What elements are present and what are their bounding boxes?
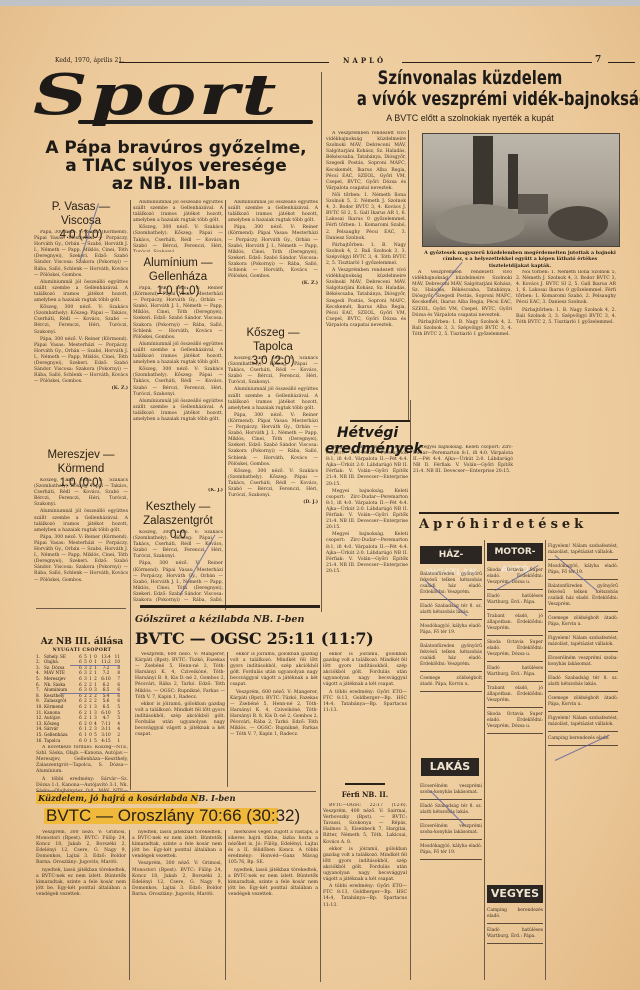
column-divider — [408, 130, 409, 420]
mens-nb2-report: BVTC—OGSC 22:17 (12:6). Veszprém, 400 né… — [323, 803, 407, 983]
article-text: Kőszeg, 300 néző. V: Szakács (Szombathel… — [133, 225, 223, 252]
weekend-results-cont: Megyei bajnokság. Keleti csoport: Zirc-D… — [413, 445, 513, 505]
cell-goals: 4:15 — [98, 738, 114, 744]
category-flat: LAKÁS — [421, 758, 479, 776]
classified-ad: Balatonfüreden gyönyörű fekvésű telken k… — [548, 582, 618, 612]
classified-ad: Eladó Szabadság tér 8. sz. alatti kétszo… — [548, 674, 618, 692]
koszeg-report: Kőszeg, 300 néző. V: Szakács (Szombathel… — [228, 356, 318, 596]
mens-nb2-heading: Férfi NB. II. — [323, 790, 407, 799]
basketball-kicker: Küzdelem, jó hajrá a kosárlabda NB. I-be… — [38, 793, 235, 803]
category-motor: MOTOR-AUTÓ — [487, 543, 543, 561]
fencing-body: A Veszprémben rendezett vívó vidékbajnok… — [326, 131, 406, 401]
classified-ad: Csemege zöldségbolt átadó. Pápa, Korvin … — [548, 614, 618, 632]
author-signature: (K. J.) — [133, 488, 223, 496]
scan-edge — [0, 0, 640, 6]
section-rule — [140, 605, 320, 608]
column-divider — [321, 72, 322, 612]
article-text: A Veszprémben rendezett vívó vidékbajnok… — [326, 268, 406, 329]
article-text: Megyei bajnokság. Keleti csoport: Zirc-D… — [326, 532, 408, 575]
headline-line: a TIAC súlyos veresége — [36, 157, 316, 175]
newspaper-name: NAPLÓ — [343, 56, 386, 65]
article-text: Párbajtőrben: 1. B. Nagy Szolnok 4, 2. B… — [516, 308, 616, 326]
pencil-mark — [70, 665, 120, 666]
column-divider — [129, 830, 130, 980]
column-divider — [225, 830, 226, 980]
column-divider — [320, 652, 321, 982]
page-number: 7 — [595, 55, 601, 65]
sport-logo-text: Sport — [33, 62, 279, 128]
classified-ad: Figyelem! Nálam szobafestést, mázolást, … — [548, 634, 618, 652]
section-rule — [345, 783, 385, 785]
column-divider — [545, 540, 546, 980]
article-text: Alumíniumnál jól összeálló együttes szál… — [34, 280, 128, 304]
author-signature: (K. Z.) — [34, 386, 128, 392]
article-text: Alumíniumnál jól összeálló együttes szál… — [228, 200, 318, 224]
newspaper-page: Kedd, 1970, április 21. NAPLÓ 7 Sport A … — [0, 0, 640, 990]
column-divider — [225, 200, 226, 610]
article-text: Megyei bajnokság. Keleti csoport: Zirc-D… — [326, 489, 408, 532]
article-text: A Veszprémben rendezett vívó vidékbajnok… — [412, 270, 512, 319]
column-divider — [484, 540, 485, 980]
ads-column-2: Skoda Octavia Super eladó. Érdeklődni: V… — [487, 566, 543, 882]
trophy-photo — [422, 133, 620, 247]
article-text: Alumíniumnál jól összeálló együttes szál… — [34, 509, 128, 533]
classified-ad: Eladó hatüléses Wartburg. Érd.: Pápa. — [487, 664, 543, 682]
article-text: Pápa, 300 néző. V: Reiner (Körmend). Páp… — [34, 337, 128, 386]
sport-section-logo: Sport — [33, 68, 318, 128]
section-rule — [350, 420, 410, 422]
weekend-results-body: Megyei bajnokság. Keleti csoport: Zirc-D… — [326, 445, 408, 600]
article-text: ekkor is jóiramú, gólokban gazdag volt a… — [323, 652, 407, 689]
article-text: Kőszeg, 300 néző. V: Szakács (Szombathel… — [34, 478, 128, 508]
article-text: ekkor is jóiramú, gólokban gazdag volt a… — [230, 652, 318, 689]
classified-ad: Trabant eladó, jó állapotban. Érdeklődni… — [487, 684, 543, 708]
aluminium-report: Pápa, 300 néző. V: Reiner (Körmend). Páp… — [133, 286, 223, 486]
article-text: ekkor is jóiramú, gólokban gazdag volt a… — [323, 847, 407, 884]
classified-ad: Skoda Octavia Super eladó. Érdeklődni: V… — [487, 710, 543, 734]
column-divider — [227, 652, 228, 787]
article-text: Női tőrben: 1. Németh Ilona Szolnok 5, 2… — [326, 193, 406, 242]
ads-column-2b: Camping berendezés eladó. Eladó hatülése… — [487, 906, 543, 980]
box-shape — [518, 194, 548, 214]
ads-column-3: Figyelem! Nálam szobafestést, mázolást, … — [548, 542, 618, 980]
match-teams: Kőszeg — Tapolca — [228, 326, 318, 354]
article-text: Alumíniumnál jól összeálló együttes szál… — [133, 399, 223, 423]
match-teams: Mereszjev — Körmend — [34, 448, 128, 476]
classified-ad: Eladó hatüléses Wartburg. Érd.: Pápa. — [487, 926, 543, 944]
article-text: mérkőzés végén zúgott a vastaps, a siker… — [228, 830, 318, 867]
article-text: Veszprém, 600 néző. V: Mangerer, Kárpáti… — [135, 652, 225, 701]
plate-shape — [435, 204, 525, 244]
match-teams: Keszthely — Zalaszentgrót — [133, 500, 223, 528]
article-text: Veszprém, 300 néző. V: Grimosi, Monostor… — [36, 830, 126, 867]
headline-line: Színvonalas küzdelem — [357, 68, 583, 89]
classified-ad: Elcserélném veszprémi szoba-konyhás laká… — [548, 654, 618, 672]
plate-shape — [548, 206, 608, 241]
handball-report: Veszprém, 600 néző. V: Mangerer, Kárpáti… — [135, 652, 225, 787]
column-divider — [410, 400, 411, 980]
article-text: nyedtek, lassú játékban törekedtek, a BV… — [36, 868, 126, 898]
section-rule — [419, 512, 619, 514]
classified-ad: Mosdókagyló, kályha eladó. Pápa, Fő tér … — [420, 842, 482, 860]
author-signature: (K. Z.) — [228, 281, 318, 287]
article-text: Alumíniumnál jól összeálló együttes szál… — [228, 387, 318, 411]
standings-title: Az NB III. állása — [36, 636, 128, 648]
classified-ad: Csemege zöldségbolt átadó. Pápa, Korvin … — [548, 694, 618, 712]
article-text: Kőszeg, 300 néző. V: Szakács (Szombathel… — [228, 356, 318, 386]
column-divider — [130, 610, 131, 790]
basketball-report-cont: nyedtek, lassú játékban törekedtek, a BV… — [132, 830, 222, 980]
category-house: HÁZ-INGATLAN — [420, 546, 482, 564]
section-rule — [36, 608, 126, 609]
article-text: Pápa, 300 néző. V: Reiner (Körmend). Páp… — [133, 561, 223, 602]
article-text: Megyei bajnokság. Keleti csoport: Zirc-D… — [326, 445, 408, 488]
article-text: Veszprém, 600 néző. V: Mangerer, Kárpáti… — [230, 690, 318, 739]
classified-ad: Trabant eladó, jó állapotban. Érdeklődni… — [487, 612, 543, 636]
papa-report-cont-2: Alumíniumnál jól összeálló együttes szál… — [228, 200, 318, 320]
cell-pts: 1 — [114, 738, 120, 744]
article-text: Veszprém, 300 néző. V: Grimosi, Monostor… — [132, 861, 222, 898]
mereszjev-report: Kőszeg, 300 néző. V: Szakács (Szombathel… — [34, 478, 128, 603]
category-misc: VEGYES — [487, 885, 543, 903]
section-rule — [36, 791, 316, 792]
headline-line: az NB. III-ban — [36, 175, 316, 193]
next-round-text: A következő forduló: Kőszeg—NTE, Szhl. S… — [36, 745, 128, 775]
logo-underline — [78, 120, 313, 124]
article-text: Női tőrben: 1. Németh Ilona Szolnok 5, 2… — [516, 270, 616, 307]
headline-line: A Pápa bravúros győzelme, — [36, 139, 316, 157]
article-text: Pápa, 300 néző. V: Reiner (Körmend). Páp… — [228, 413, 318, 468]
article-text: Kőszeg, 300 néző. V: Szakács (Szombathel… — [228, 469, 318, 499]
handball-report-cont: ekkor is jóiramú, gólokban gazdag volt a… — [230, 652, 318, 787]
column-divider — [130, 200, 131, 610]
cell-team: Tapolca — [44, 738, 78, 744]
basketball-headline: BVTC — Oroszlány 70:66 (30:32) — [46, 806, 300, 826]
vase-shape — [473, 136, 493, 206]
article-text: Kőszeg, 300 néző. V: Szakács (Szombathel… — [34, 305, 128, 335]
article-text: A többi eredmény: Győri ETO—FTC 8:13, Go… — [323, 690, 407, 714]
article-text: Pápa, 300 néző. V: Reiner (Körmend). Páp… — [228, 225, 318, 280]
fencing-results: Női tőrben: 1. Németh Ilona Szolnok 5, 2… — [516, 270, 616, 400]
article-text: Párbajtőrben: 1. B. Nagy Szolnok 4, 2. B… — [326, 243, 406, 267]
photo-caption: A győztesek nagyszerű küzdelemben megérd… — [422, 250, 618, 269]
header-rule — [402, 62, 592, 63]
article-text: BVTC—OGSC 22:17 (12:6). Veszprém, 400 né… — [323, 803, 407, 846]
handball-kicker: Gólszüret a kézilabda NB. I-ben — [135, 614, 304, 625]
papa-match-report: Pápa, 300 néző. V: Reiner (Körmend). Páp… — [34, 230, 128, 430]
fencing-subhead: A BVTC előtt a szolnokiak nyerték a kupá… — [325, 113, 615, 123]
article-text: Alumíniumnál jól összeálló együttes szál… — [133, 342, 223, 366]
standings-rows: 1.Szhely. SE651013:4112.Olajbá.650111:21… — [36, 654, 128, 744]
classified-ad: Eladó Szabadság tér 8. sz. alatti kétszo… — [420, 602, 482, 620]
article-text: Pápa, 300 néző. V: Reiner (Körmend). Páp… — [34, 535, 128, 584]
classified-ad: Camping berendezés eladó. — [487, 906, 543, 924]
classified-ad: Csemege zöldségbolt átadó. Pápa, Korvin … — [420, 674, 482, 692]
header-rule — [608, 62, 635, 63]
pencil-mark — [60, 693, 120, 694]
match-teams: P. Vasas — Viscosa — [34, 200, 128, 228]
fencing-headline: Színvonalas küzdelem a vívók veszprémi v… — [357, 68, 583, 110]
classified-ad: Skoda Octavia Super eladó. Érdeklődni: V… — [487, 638, 543, 662]
article-text: A többi eredmény: Győri ETO—FTC 8:13, Go… — [323, 884, 407, 908]
classified-ad: Mosdókagyló, kályha eladó. Pápa, Fő tér … — [420, 622, 482, 640]
fencing-body-cont: A Veszprémben rendezett vívó vidékbajnok… — [412, 270, 512, 400]
author-signature: (D. J.) — [228, 500, 318, 506]
match-teams: Alumínium — Gellenháza — [133, 256, 223, 284]
papa-headline: A Pápa bravúros győzelme, a TIAC súlyos … — [36, 139, 316, 193]
article-text: ekkor is jóiramú, gólokban gazdag volt a… — [135, 702, 225, 739]
headline-line: a vívók veszprémi vidék-bajnokságán — [357, 89, 583, 110]
classified-ad: Figyelem! Nálam szobafestést, mázolást, … — [548, 714, 618, 732]
article-text: A Veszprémben rendezett vívó vidékbajnok… — [326, 131, 406, 192]
handball-headline: BVTC — OGSC 25:11 (11:7) — [135, 630, 415, 648]
handball-other-results: ekkor is jóiramú, gólokban gazdag volt a… — [323, 652, 407, 770]
article-text: Alumíniumnál jól összeálló együttes szál… — [133, 200, 223, 224]
classified-ad: Balatonfüreden gyönyörű fekvésű telken k… — [420, 642, 482, 672]
article-text: nyedtek, lassú játékban törekedtek, a BV… — [228, 868, 318, 898]
article-text: Pápa, 300 néző. V: Reiner (Körmend). Páp… — [133, 286, 223, 341]
classified-ad: Elcserélném veszprémi szoba-konyhás laká… — [420, 822, 482, 840]
classified-ad: Eladó hatüléses Wartburg. Érd.: Pápa. — [487, 592, 543, 610]
article-text: Kőszeg, 300 néző. V: Szakács (Szombathel… — [133, 367, 223, 397]
bottle-shape — [508, 154, 518, 209]
classifieds-title: Apróhirdetések — [419, 517, 587, 532]
standings-table: Az NB III. állása NYUGATI CSOPORT 1.Szhe… — [36, 636, 128, 802]
ads-column-1: Balatonfüreden gyönyörű fekvésű telken k… — [420, 570, 482, 755]
papa-report-cont: Alumíniumnál jól összeálló együttes szál… — [133, 200, 223, 252]
basketball-report-end: mérkőzés végén zúgott a vastaps, a siker… — [228, 830, 318, 980]
cell-pos: 16. — [36, 738, 44, 744]
article-text: nyedtek, lassú játékban törekedtek, a BV… — [132, 830, 222, 860]
article-text: Megyei bajnokság. Keleti csoport: Zirc-D… — [413, 445, 513, 475]
table-row: 16.Tapolca60154:151 — [36, 738, 128, 744]
classified-ad: Mosdókagyló, kályha eladó. Pápa, Fő tér … — [548, 562, 618, 580]
article-text: Párbajtőrben: 1. B. Nagy Szolnok 4, 2. B… — [412, 320, 512, 338]
basketball-report: Veszprém, 300 néző. V: Grimosi, Monostor… — [36, 830, 126, 980]
